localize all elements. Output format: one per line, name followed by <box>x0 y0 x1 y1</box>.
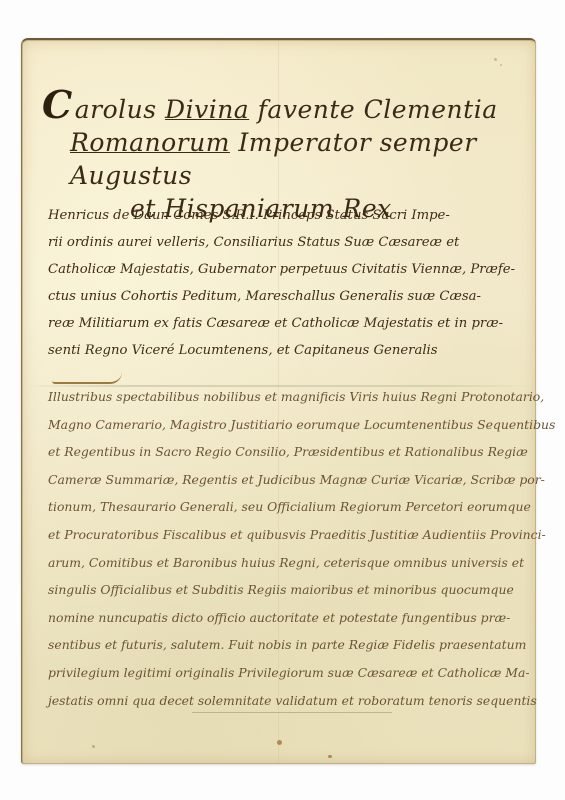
heading-line-1: Carolus Divina favente Clementia <box>40 88 500 126</box>
foxing-stain <box>500 64 502 66</box>
body-paragraph: Illustribus spectabilibus nobilibus et m… <box>48 383 498 714</box>
intro-paragraph: Henricus de Daun Comes S.R.I. Princeps S… <box>48 202 488 391</box>
heading-word: arolus <box>75 95 157 124</box>
foxing-stain <box>494 58 497 61</box>
intro-line: ctus unius Cohortis Peditum, Mareschallu… <box>48 283 488 310</box>
body-line: et Regentibus in Sacro Regio Consilio, P… <box>48 438 498 466</box>
heading-underlined-word: Romanorum <box>70 128 230 157</box>
intro-line: rii ordinis aurei velleris, Consiliarius… <box>48 229 488 256</box>
flourish-icon <box>52 372 122 384</box>
body-line: jestatis omni qua decet solemnitate vali… <box>48 687 498 715</box>
decorated-initial: C <box>42 82 73 127</box>
intro-line-text: senti Regno Viceré Locumtenens, et Capit… <box>48 337 488 364</box>
intro-line: Catholicæ Majestatis, Gubernator perpetu… <box>48 256 488 283</box>
body-line: privilegium legitimi originalis Privileg… <box>48 659 498 687</box>
body-line: tionum, Thesaurario Generali, seu Offici… <box>48 493 498 521</box>
body-line: Illustribus spectabilibus nobilibus et m… <box>48 383 498 411</box>
heading-underlined-word: Divina <box>165 95 249 124</box>
foxing-stain <box>92 745 95 748</box>
body-line: singulis Officialibus et Subditis Regiis… <box>48 576 498 604</box>
body-line: Magno Camerario, Magistro Justitiario eo… <box>48 411 498 439</box>
body-line: nomine nuncupatis dicto officio auctorit… <box>48 604 498 632</box>
body-line: Cameræ Summariæ, Regentis et Judicibus M… <box>48 466 498 494</box>
heading-word: favente Clementia <box>258 95 498 124</box>
intro-line: Henricus de Daun Comes S.R.I. Princeps S… <box>48 202 488 229</box>
heading-line-2: Romanorum Imperator semper Augustus <box>40 126 500 192</box>
foxing-stain <box>277 740 282 745</box>
body-line: et Procuratoribus Fiscalibus et quibusvi… <box>48 521 498 549</box>
body-line: sentibus et futuris, salutem. Fuit nobis… <box>48 631 498 659</box>
body-line: arum, Comitibus et Baronibus huius Regni… <box>48 549 498 577</box>
foxing-stain <box>328 755 332 758</box>
intro-line: reæ Militiarum ex fatis Cæsareæ et Catho… <box>48 310 488 337</box>
